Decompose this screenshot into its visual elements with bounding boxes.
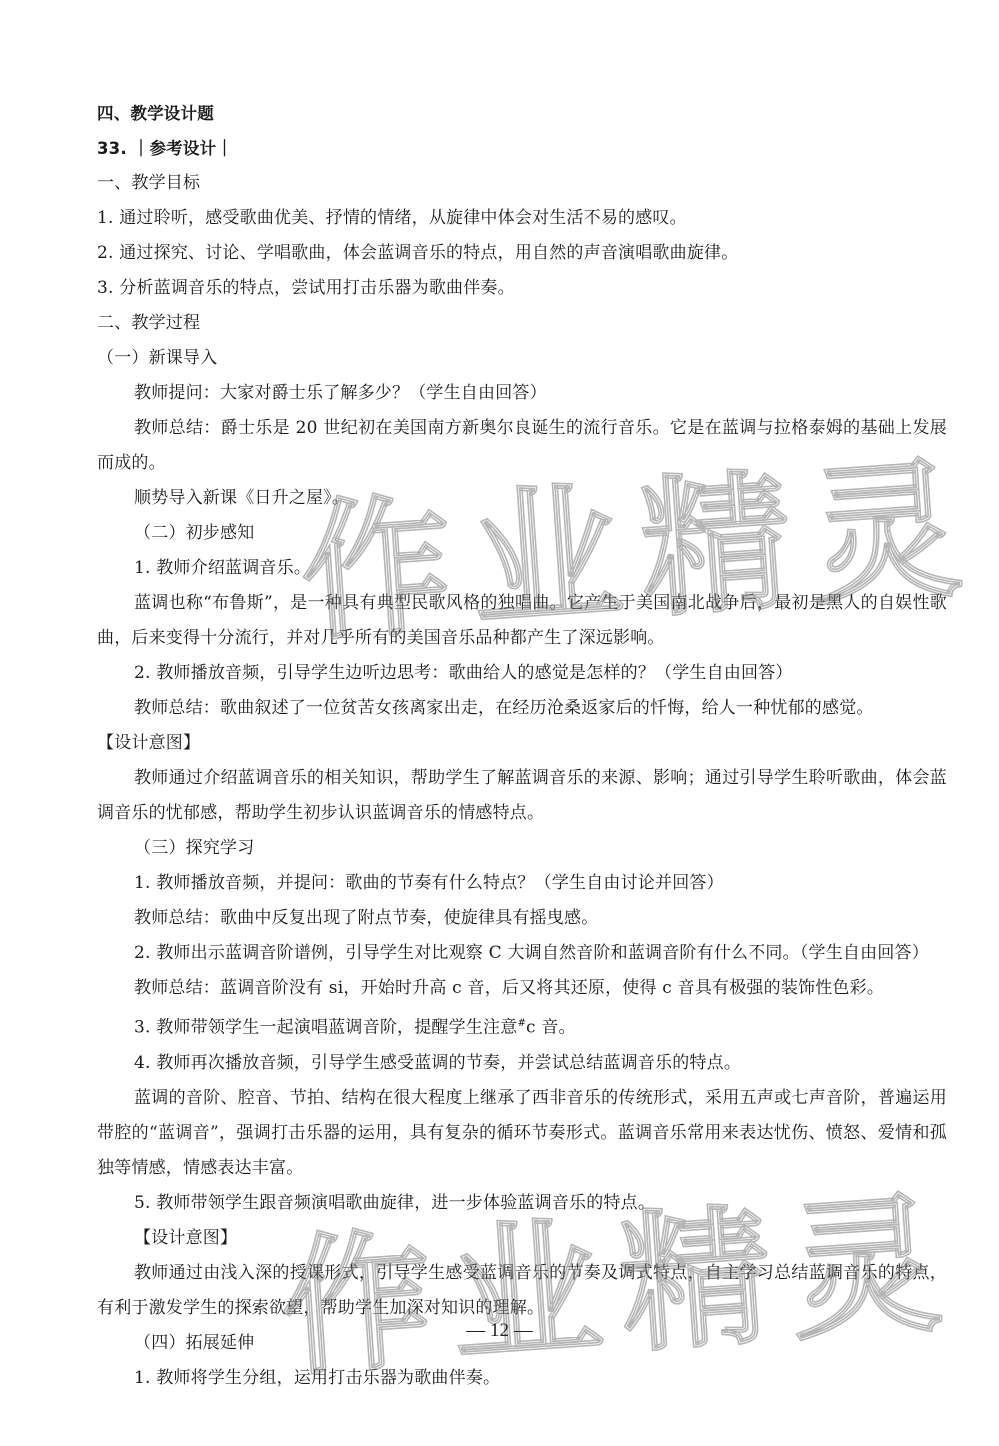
paragraph: 教师总结：蓝调音阶没有 si，开始时升高 c 音，后又将其还原，使得 c 音具有… — [97, 971, 947, 1006]
paragraph: 4. 教师再次播放音频，引导学生感受蓝调的节奏，并尝试总结蓝调音乐的特点。 — [97, 1046, 947, 1081]
sharp-sign: # — [517, 1018, 526, 1029]
question-number: 33. ｜参考设计｜ — [97, 131, 947, 166]
goal-3: 3. 分析蓝调音乐的特点，尝试用打击乐器为歌曲伴奏。 — [97, 271, 947, 306]
subheading-intro: （一）新课导入 — [97, 341, 947, 376]
subheading-perception: （二）初步感知 — [97, 516, 947, 551]
goal-2: 2. 通过探究、讨论、学唱歌曲，体会蓝调音乐的特点，用自然的声音演唱歌曲旋律。 — [97, 236, 947, 271]
subheading-exploration: （三）探究学习 — [97, 831, 947, 866]
heading-teaching-goals: 一、教学目标 — [97, 166, 947, 201]
paragraph: 教师通过由浅入深的授课形式，引导学生感受蓝调音乐的节奏及调式特点，自主学习总结蓝… — [97, 1256, 947, 1326]
paragraph: 顺势导入新课《日升之屋》。 — [97, 481, 947, 516]
design-intent-label: 【设计意图】 — [97, 1221, 947, 1256]
paragraph: 1. 教师介绍蓝调音乐。 — [97, 551, 947, 586]
paragraph: 2. 教师播放音频，引导学生边听边思考：歌曲给人的感觉是怎样的？（学生自由回答） — [97, 656, 947, 691]
text: c 音。 — [526, 1018, 576, 1038]
paragraph: 教师提问：大家对爵士乐了解多少？（学生自由回答） — [97, 376, 947, 411]
text: 3. 教师带领学生一起演唱蓝调音阶，提醒学生注意 — [134, 1018, 517, 1038]
paragraph: 蓝调也称“布鲁斯”，是一种具有典型民歌风格的独唱曲。它产生于美国南北战争后，最初… — [97, 586, 947, 656]
design-intent-label: 【设计意图】 — [97, 726, 947, 761]
section-title: 四、教学设计题 — [97, 96, 947, 131]
heading-teaching-process: 二、教学过程 — [97, 306, 947, 341]
page-number: — 12 — — [0, 1320, 999, 1342]
goal-1: 1. 通过聆听，感受歌曲优美、抒情的情绪，从旋律中体会对生活不易的感叹。 — [97, 201, 947, 236]
paragraph: 教师总结：爵士乐是 20 世纪初在美国南方新奥尔良诞生的流行音乐。它是在蓝调与拉… — [97, 411, 947, 481]
document-page: 四、教学设计题 33. ｜参考设计｜ 一、教学目标 1. 通过聆听，感受歌曲优美… — [97, 96, 947, 1396]
paragraph: 教师总结：歌曲中反复出现了附点节奏，使旋律具有摇曳感。 — [97, 901, 947, 936]
paragraph: 蓝调的音阶、腔音、节拍、结构在很大程度上继承了西非音乐的传统形式，采用五声或七声… — [97, 1081, 947, 1186]
paragraph: 3. 教师带领学生一起演唱蓝调音阶，提醒学生注意#c 音。 — [97, 1006, 947, 1046]
paragraph: 教师通过介绍蓝调音乐的相关知识，帮助学生了解蓝调音乐的来源、影响；通过引导学生聆… — [97, 761, 947, 831]
paragraph: 教师总结：歌曲叙述了一位贫苦女孩离家出走，在经历沧桑返家后的忏悔，给人一种忧郁的… — [97, 691, 947, 726]
paragraph: 5. 教师带领学生跟音频演唱歌曲旋律，进一步体验蓝调音乐的特点。 — [97, 1186, 947, 1221]
paragraph: 2. 教师出示蓝调音阶谱例，引导学生对比观察 C 大调自然音阶和蓝调音阶有什么不… — [97, 936, 947, 971]
paragraph: 1. 教师播放音频，并提问：歌曲的节奏有什么特点？（学生自由讨论并回答） — [97, 866, 947, 901]
paragraph: 1. 教师将学生分组，运用打击乐器为歌曲伴奏。 — [97, 1361, 947, 1396]
